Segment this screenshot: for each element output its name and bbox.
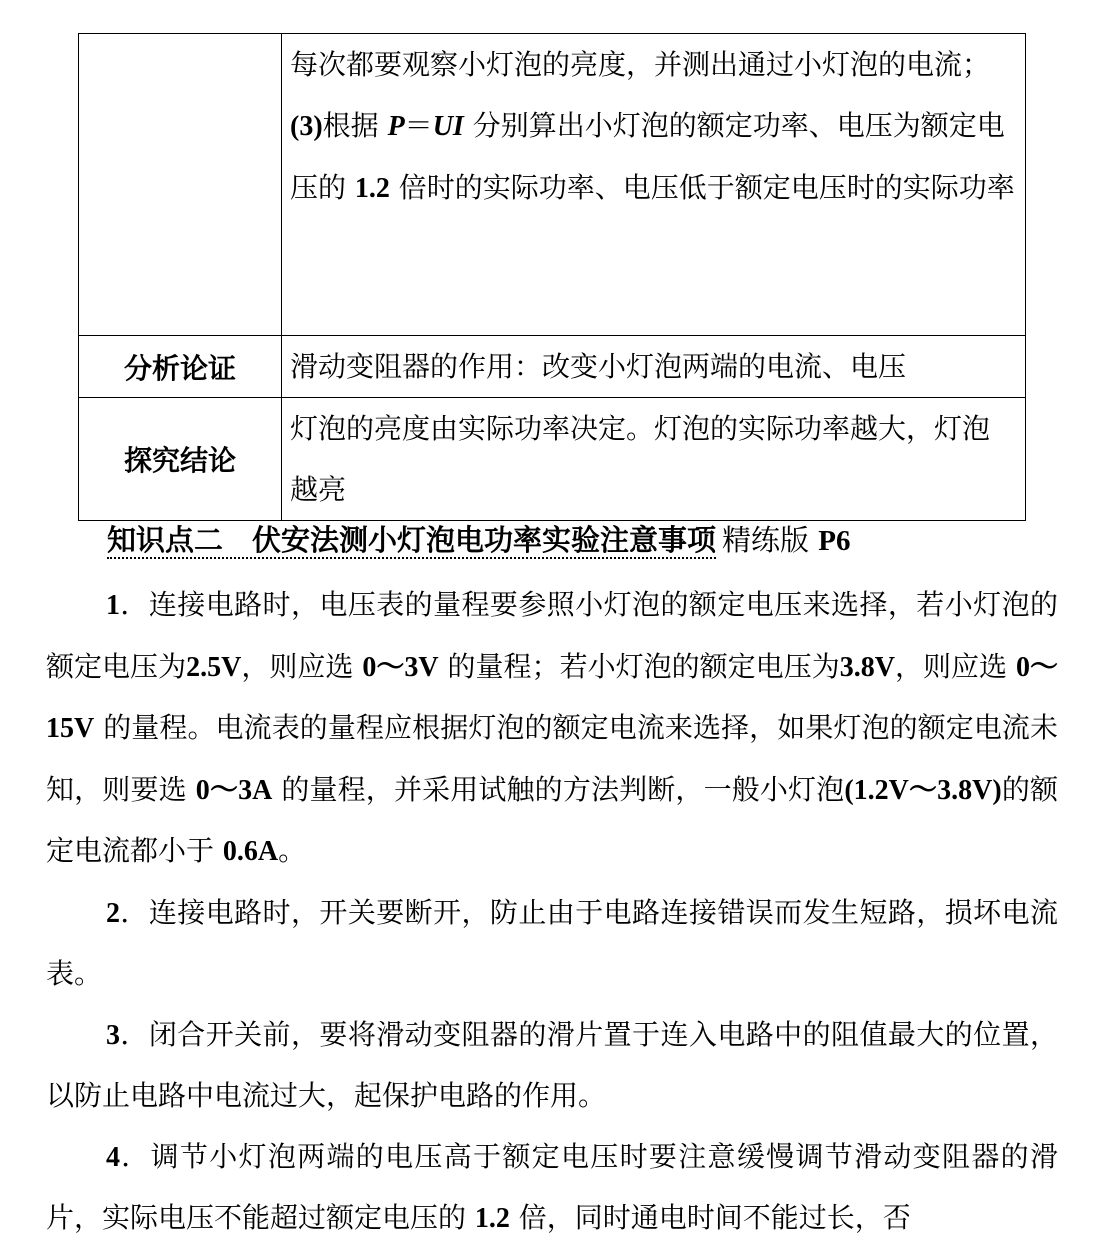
note-number: 3 [106,1020,120,1051]
note-item: 1．连接电路时，电压表的量程要参照小灯泡的额定电压来选择，若小灯泡的额定电压为2… [46,575,1058,883]
note-value: 2.5V [186,652,241,683]
note-number: 1 [106,590,120,621]
note-number: 2 [106,898,120,929]
table-row: 探究结论 灯泡的亮度由实际功率决定。灯泡的实际功率越大，灯泡越亮 [79,398,1026,521]
section-ref: 精练版 P6 [722,523,850,557]
row-label: 分析论证 [79,336,282,398]
formula-ui: UI [433,111,464,142]
step-text: 每次都要观察小灯泡的亮度，并测出通过小灯泡的电流； [290,48,990,81]
row-label: 探究结论 [79,398,282,521]
row-content: 每次都要观察小灯泡的亮度，并测出通过小灯泡的电流； (3)根据 P＝UI 分别算… [282,34,1026,336]
ref-text: 精练版 [722,523,818,557]
note-value: 0～3V [362,652,438,683]
table-row: 每次都要观察小灯泡的亮度，并测出通过小灯泡的电流； (3)根据 P＝UI 分别算… [79,34,1026,336]
note-number: 4 [106,1142,120,1173]
note-item: 4．调节小灯泡两端的电压高于额定电压时要注意缓慢调节滑动变阻器的滑片，实际电压不… [46,1127,1058,1250]
row-content: 滑动变阻器的作用：改变小灯泡两端的电流、电压 [282,336,1026,398]
notes-list: 1．连接电路时，电压表的量程要参照小灯泡的额定电压来选择，若小灯泡的额定电压为2… [46,575,1058,1250]
step-number: (3) [290,111,323,142]
note-text: 。 [278,834,306,867]
note-text: ．闭合开关前，要将滑动变阻器的滑片置于连入电路中的阻值最大的位置，以防止电路中电… [46,1018,1058,1113]
note-item: 2．连接电路时，开关要断开，防止由于电路连接错误而发生短路，损坏电流表。 [46,883,1058,1005]
note-text: ，则应选 [241,650,362,683]
formula-equals: ＝ [405,109,433,142]
section-title-link[interactable]: 知识点二 伏安法测小灯泡电功率实验注意事项 [107,523,716,559]
note-text: 的量程，并采用试触的方法判断，一般小灯泡 [272,773,844,806]
ref-page: P6 [818,525,850,557]
step-text: 根据 [323,109,388,142]
note-text: 倍，同时通电时间不能过长，否 [510,1201,911,1234]
formula-p: P [388,111,405,142]
step-text: 倍时的实际功率、电压低于额定电压时的实际功率 [390,171,1015,204]
note-text: 的量程；若小灯泡的额定电压为 [439,650,840,683]
note-value: 3.8V [840,652,895,683]
note-value: (1.2V～3.8V) [844,775,1001,806]
row-label [79,34,282,336]
factor-value: 1.2 [355,173,390,204]
experiment-table: 每次都要观察小灯泡的亮度，并测出通过小灯泡的电流； (3)根据 P＝UI 分别算… [78,33,1026,521]
note-value: 1.2 [475,1203,510,1234]
note-item: 3．闭合开关前，要将滑动变阻器的滑片置于连入电路中的阻值最大的位置，以防止电路中… [46,1005,1058,1127]
note-value: 0.6A [223,836,278,867]
note-text: ，则应选 [895,650,1016,683]
note-text: ．连接电路时，开关要断开，防止由于电路连接错误而发生短路，损坏电流表。 [46,896,1058,991]
table-row: 分析论证 滑动变阻器的作用：改变小灯泡两端的电流、电压 [79,336,1026,398]
section-heading: 知识点二 伏安法测小灯泡电功率实验注意事项精练版 P6 [107,518,850,563]
row-content: 灯泡的亮度由实际功率决定。灯泡的实际功率越大，灯泡越亮 [282,398,1026,521]
note-value: 0～3A [196,775,273,806]
